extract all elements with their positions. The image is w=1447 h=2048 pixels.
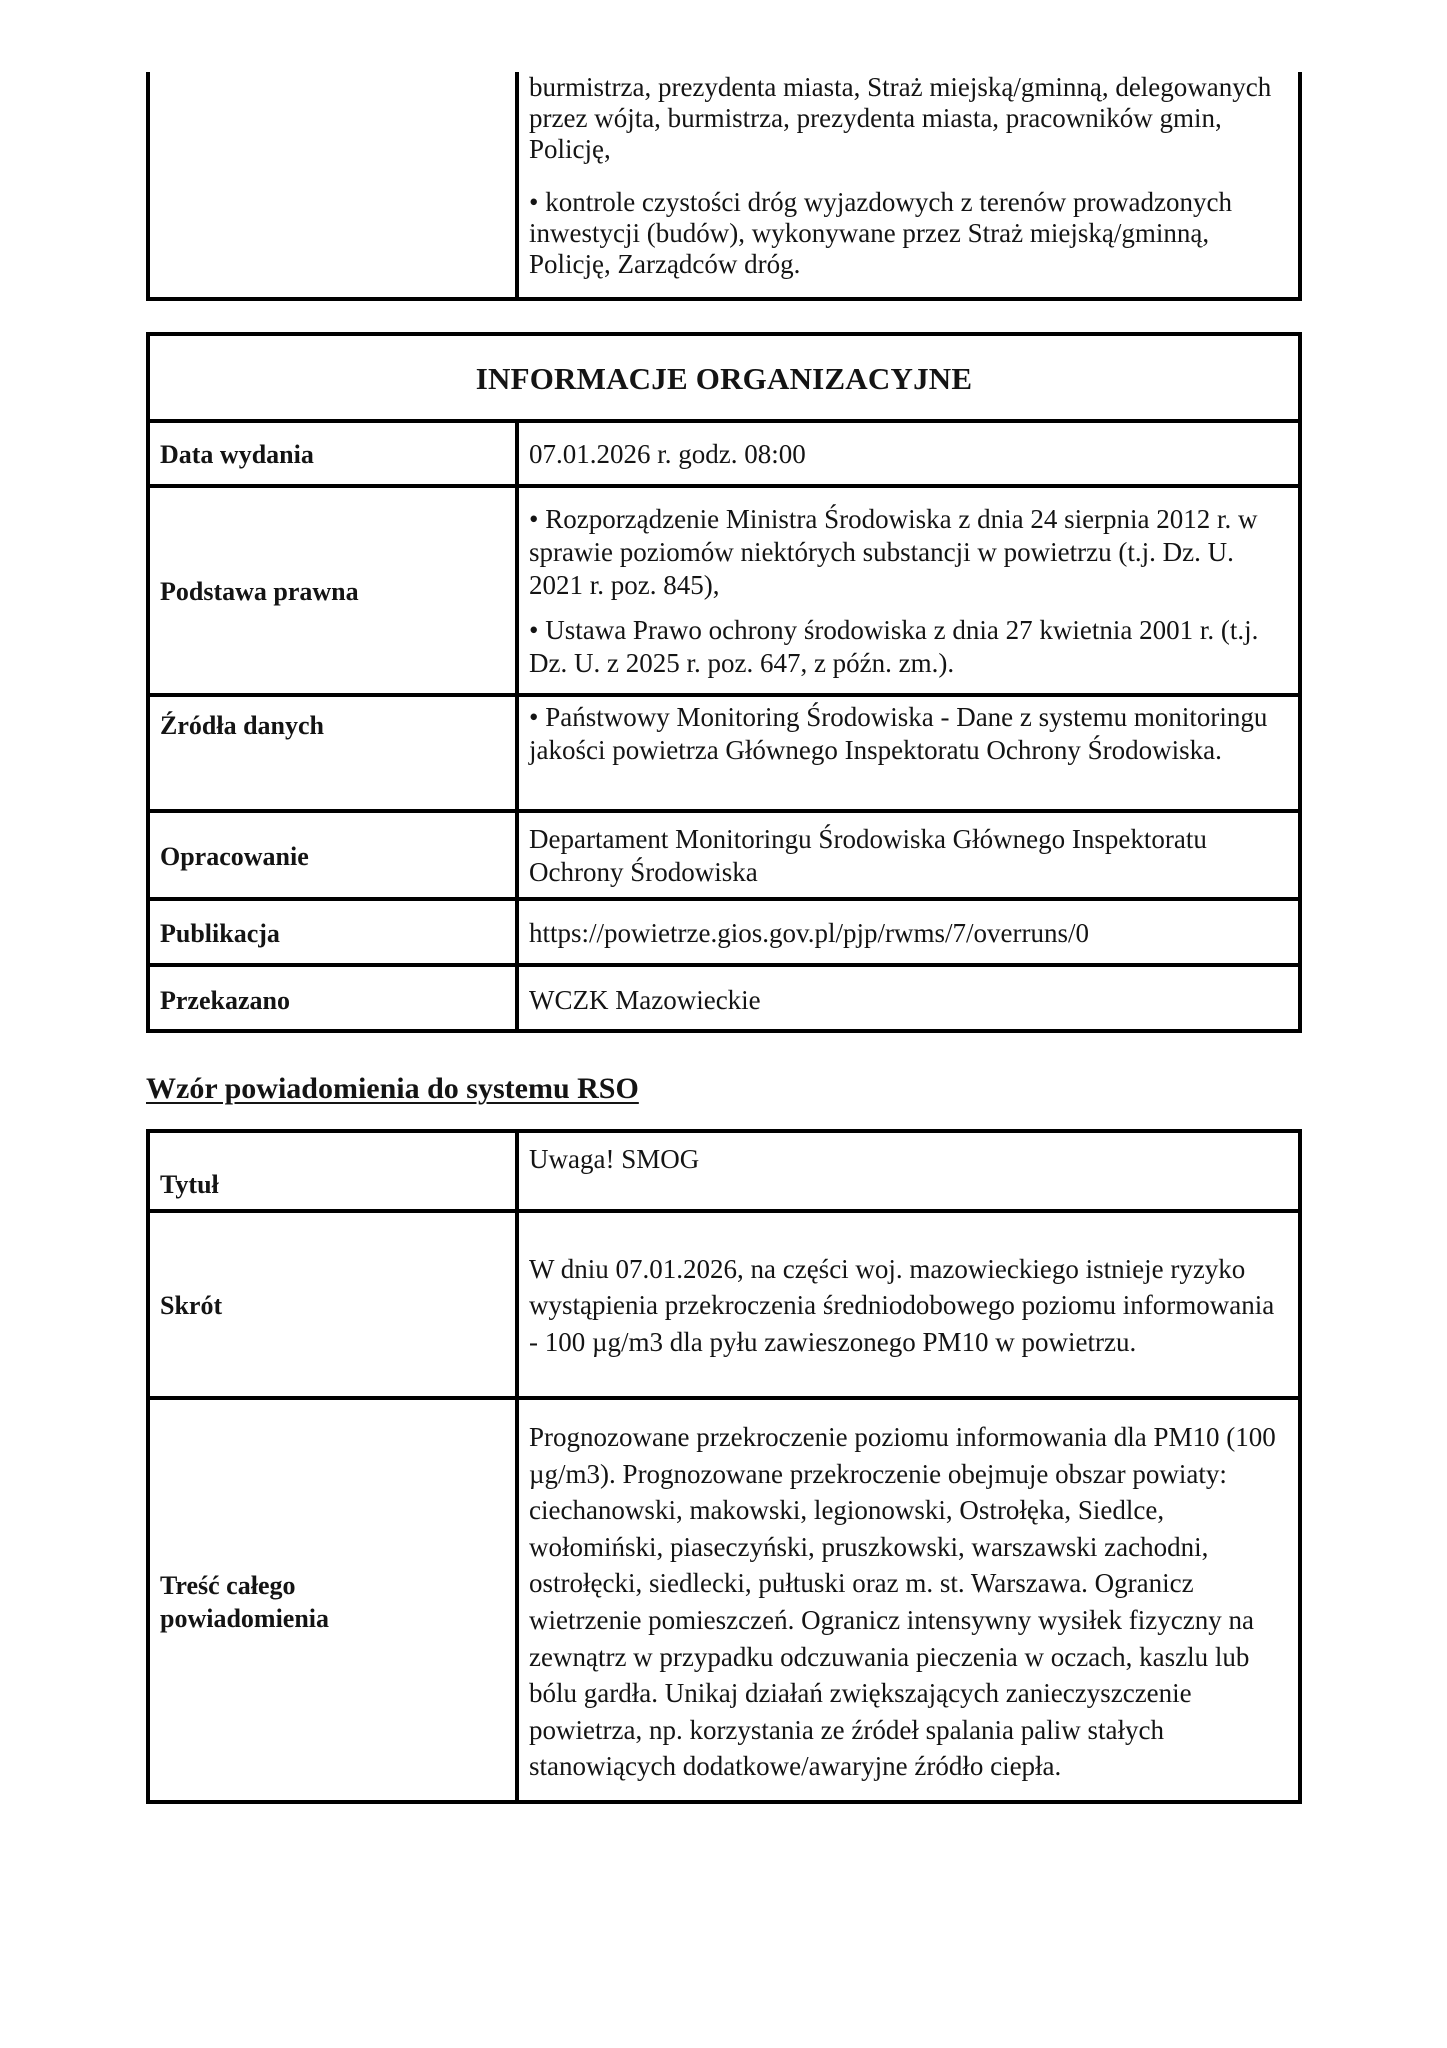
row-label: Skrót	[150, 1213, 515, 1398]
continuation-paragraph: • kontrole czystości dróg wyjazdowych z …	[529, 187, 1288, 280]
continuation-value-cell: burmistrza, prezydenta miasta, Straż mie…	[515, 72, 1298, 297]
continuation-label-cell	[150, 72, 515, 297]
data-source-item: • Państwowy Monitoring Środowiska - Dane…	[529, 701, 1288, 767]
row-label: Źródła danych	[150, 697, 515, 811]
row-value: Prognozowane przekroczenie poziomu infor…	[515, 1400, 1298, 1804]
table-row: Opracowanie Departament Monitoringu Środ…	[150, 809, 1298, 899]
row-value: W dniu 07.01.2026, na części woj. mazowi…	[515, 1213, 1298, 1398]
continuation-table: burmistrza, prezydenta miasta, Straż mie…	[146, 72, 1302, 301]
table-row: Publikacja https://powietrze.gios.gov.pl…	[150, 897, 1298, 965]
date-issued-value: 07.01.2026 r. godz. 08:00	[529, 438, 1288, 471]
prepared-by-value: Departament Monitoringu Środowiska Główn…	[529, 823, 1288, 889]
rso-full-content-value: Prognozowane przekroczenie poziomu infor…	[529, 1419, 1288, 1785]
rso-table: Tytuł Uwaga! SMOG Skrót W dniu 07.01.202…	[146, 1129, 1302, 1804]
legal-basis-item: • Rozporządzenie Ministra Środowiska z d…	[529, 503, 1288, 602]
row-label: Podstawa prawna	[150, 488, 515, 695]
continuation-row: burmistrza, prezydenta miasta, Straż mie…	[150, 72, 1298, 297]
row-label: Opracowanie	[150, 813, 515, 899]
row-value: https://powietrze.gios.gov.pl/pjp/rwms/7…	[515, 901, 1298, 965]
table-row: Data wydania 07.01.2026 r. godz. 08:00	[150, 419, 1298, 486]
table-row: Przekazano WCZK Mazowieckie	[150, 963, 1298, 1033]
row-label: Publikacja	[150, 901, 515, 965]
table-row: Tytuł Uwaga! SMOG	[150, 1133, 1298, 1211]
row-label: Treść całego powiadomienia	[150, 1400, 515, 1804]
rso-title-value: Uwaga! SMOG	[529, 1143, 1288, 1176]
org-info-title: INFORMACJE ORGANIZACYJNE	[150, 336, 1298, 421]
table-row: Źródła danych • Państwowy Monitoring Śro…	[150, 693, 1298, 811]
table-row: Skrót W dniu 07.01.2026, na części woj. …	[150, 1209, 1298, 1398]
row-label: Data wydania	[150, 423, 515, 486]
rso-section-heading: Wzór powiadomienia do systemu RSO	[146, 1071, 639, 1107]
table-row: Treść całego powiadomienia Prognozowane …	[150, 1396, 1298, 1804]
rso-summary-value: W dniu 07.01.2026, na części woj. mazowi…	[529, 1251, 1288, 1361]
row-label: Przekazano	[150, 967, 515, 1033]
publication-link[interactable]: https://powietrze.gios.gov.pl/pjp/rwms/7…	[529, 917, 1288, 950]
table-row: Podstawa prawna • Rozporządzenie Ministr…	[150, 484, 1298, 695]
org-info-table: INFORMACJE ORGANIZACYJNE Data wydania 07…	[146, 332, 1302, 1033]
row-value: 07.01.2026 r. godz. 08:00	[515, 423, 1298, 486]
forwarded-to-value: WCZK Mazowieckie	[529, 984, 1288, 1017]
row-value: Uwaga! SMOG	[515, 1133, 1298, 1211]
row-value: • Państwowy Monitoring Środowiska - Dane…	[515, 697, 1298, 811]
row-label: Tytuł	[150, 1133, 515, 1211]
row-value: Departament Monitoringu Środowiska Główn…	[515, 813, 1298, 899]
row-value: WCZK Mazowieckie	[515, 967, 1298, 1033]
continuation-paragraph: burmistrza, prezydenta miasta, Straż mie…	[529, 72, 1288, 165]
row-value: • Rozporządzenie Ministra Środowiska z d…	[515, 488, 1298, 695]
org-info-header-row: INFORMACJE ORGANIZACYJNE	[150, 336, 1298, 421]
legal-basis-item: • Ustawa Prawo ochrony środowiska z dnia…	[529, 614, 1288, 680]
